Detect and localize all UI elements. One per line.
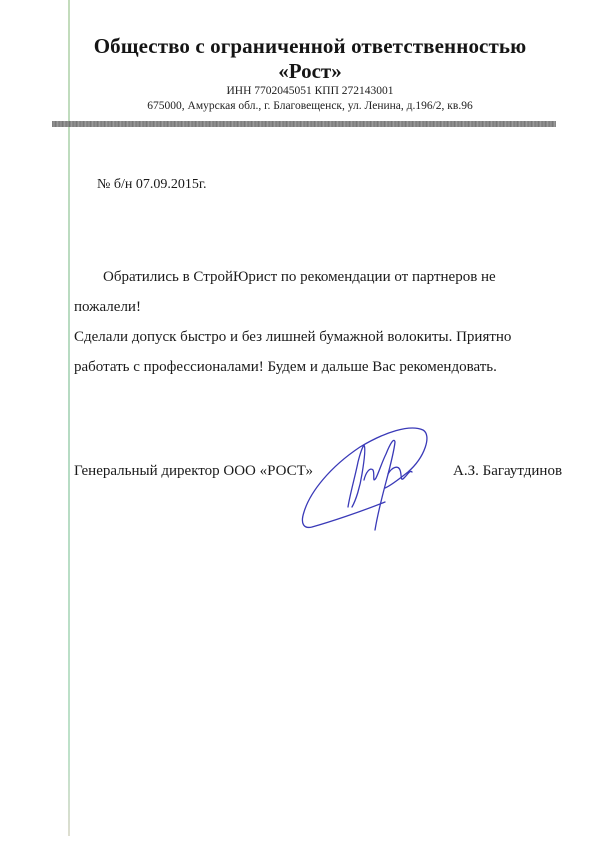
org-type-heading: Общество с ограниченной ответственностью — [60, 34, 560, 59]
signer-name: А.З. Багаутдинов — [453, 460, 562, 482]
signer-title: Генеральный директор ООО «РОСТ» — [74, 460, 313, 482]
handwritten-signature-icon — [290, 412, 450, 537]
document-number-date: № б/н 07.09.2015г. — [97, 176, 207, 194]
letter-body: Обратились в СтройЮрист по рекомендации … — [74, 262, 544, 382]
body-paragraph-2: Сделали допуск быстро и без лишней бумаж… — [74, 322, 544, 382]
org-name-heading: «Рост» — [60, 59, 560, 83]
body-paragraph-1: Обратились в СтройЮрист по рекомендации … — [74, 262, 544, 322]
org-tax-ids: ИНН 7702045051 КПП 272143001 — [60, 84, 560, 99]
org-address: 675000, Амурская обл., г. Благовещенск, … — [60, 99, 560, 114]
letterhead-divider — [52, 121, 556, 127]
letterhead: Общество с ограниченной ответственностью… — [60, 34, 560, 114]
